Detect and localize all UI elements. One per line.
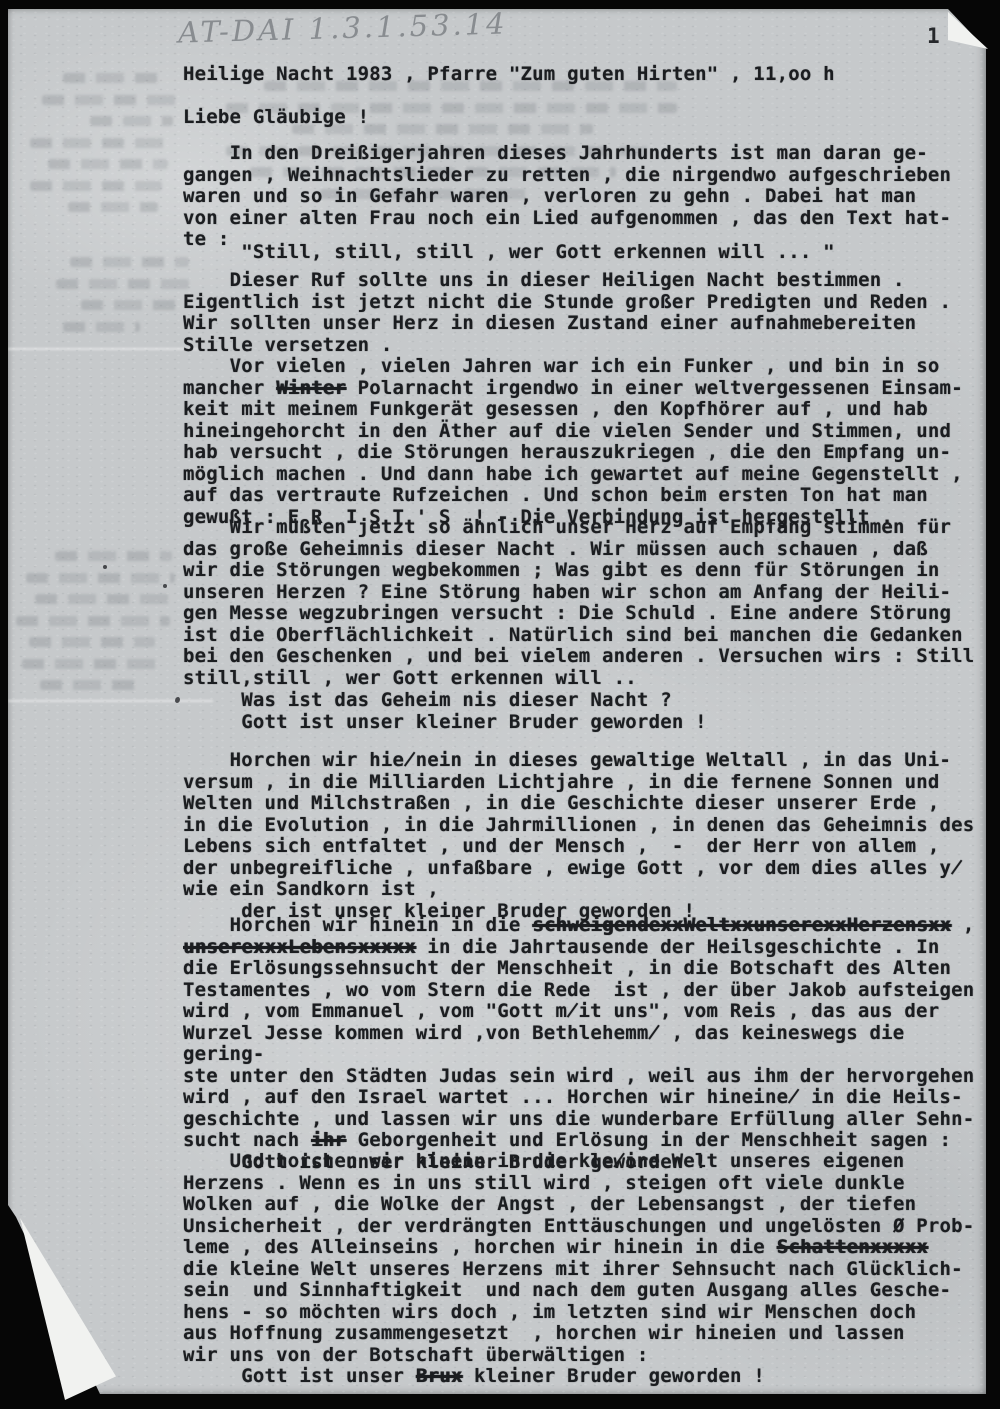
- paragraph: "Still, still, still , wer Gott erkennen…: [183, 242, 835, 264]
- bleedthrough-text-block: [56, 257, 196, 343]
- bleedthrough-text-block: [16, 551, 178, 702]
- ink-speck: [175, 697, 180, 703]
- typed-over-strikethrough-text: ihr: [311, 1129, 346, 1151]
- typed-text: Horchen wir hie̸nein in dieses gewaltige…: [183, 749, 974, 922]
- ink-speck: [163, 584, 167, 588]
- typed-text: "Still, still, still , wer Gott erkennen…: [183, 241, 835, 263]
- typed-over-strikethrough-text: Brux: [416, 1365, 463, 1387]
- document-title: Heilige Nacht 1983 , Pfarre "Zum guten H…: [183, 64, 835, 86]
- typed-text: Wir müßten jetzt so ähnlich unser Herz a…: [183, 516, 974, 689]
- paper-crease: [8, 348, 198, 350]
- document-body: Heilige Nacht 1983 , Pfarre "Zum guten H…: [183, 9, 989, 1394]
- paragraph: Dieser Ruf sollte uns in dieser Heiligen…: [183, 270, 951, 356]
- ink-speck: [103, 565, 107, 569]
- scanned-document: AT-DAI 1.3.1.53.14 1 Heilige Nacht 1983 …: [0, 0, 1000, 1409]
- typed-over-strikethrough-text: Winter: [276, 377, 346, 399]
- typed-text: kleiner Bruder geworden !: [462, 1365, 765, 1387]
- typed-text: Horchen wir hinein in die: [183, 914, 532, 936]
- typed-over-strikethrough-text: unserexxxLebensxxxxx: [183, 936, 416, 958]
- typed-text: in die Jahrtausende der Heilsgeschichte …: [183, 936, 974, 1152]
- typed-text: In den Dreißigerjahren dieses Jahrhunder…: [183, 142, 951, 250]
- paper-sheet: AT-DAI 1.3.1.53.14 1 Heilige Nacht 1983 …: [8, 9, 986, 1394]
- paragraph: In den Dreißigerjahren dieses Jahrhunder…: [183, 143, 951, 251]
- typed-text: Was ist das Geheim nis dieser Nacht ? Go…: [183, 689, 707, 733]
- typed-over-strikethrough-text: schweigendexxWeltxxunserexxHerzensxx: [532, 914, 951, 936]
- salutation: Liebe Gläubige !: [183, 107, 369, 129]
- paragraph: Wir müßten jetzt so ähnlich unser Herz a…: [183, 517, 974, 689]
- paragraph: Horchen wir hie̸nein in dieses gewaltige…: [183, 750, 974, 922]
- typed-text: Dieser Ruf sollte uns in dieser Heiligen…: [183, 269, 951, 356]
- bleedthrough-text-block: [30, 73, 180, 224]
- paragraph: Was ist das Geheim nis dieser Nacht ? Go…: [183, 690, 707, 733]
- paragraph: Und horchen wir hinein in die kle̸ine We…: [183, 1151, 974, 1388]
- paragraph: Horchen wir hinein in die schweigendexxW…: [183, 915, 989, 1173]
- paragraph: Vor vielen , vielen Jahren war ich ein F…: [183, 356, 963, 528]
- typed-text: ,: [951, 914, 974, 936]
- typed-text: Polarnacht irgendwo in einer weltvergess…: [183, 377, 963, 528]
- typed-over-strikethrough-text: Schattenxxxxx: [777, 1236, 928, 1258]
